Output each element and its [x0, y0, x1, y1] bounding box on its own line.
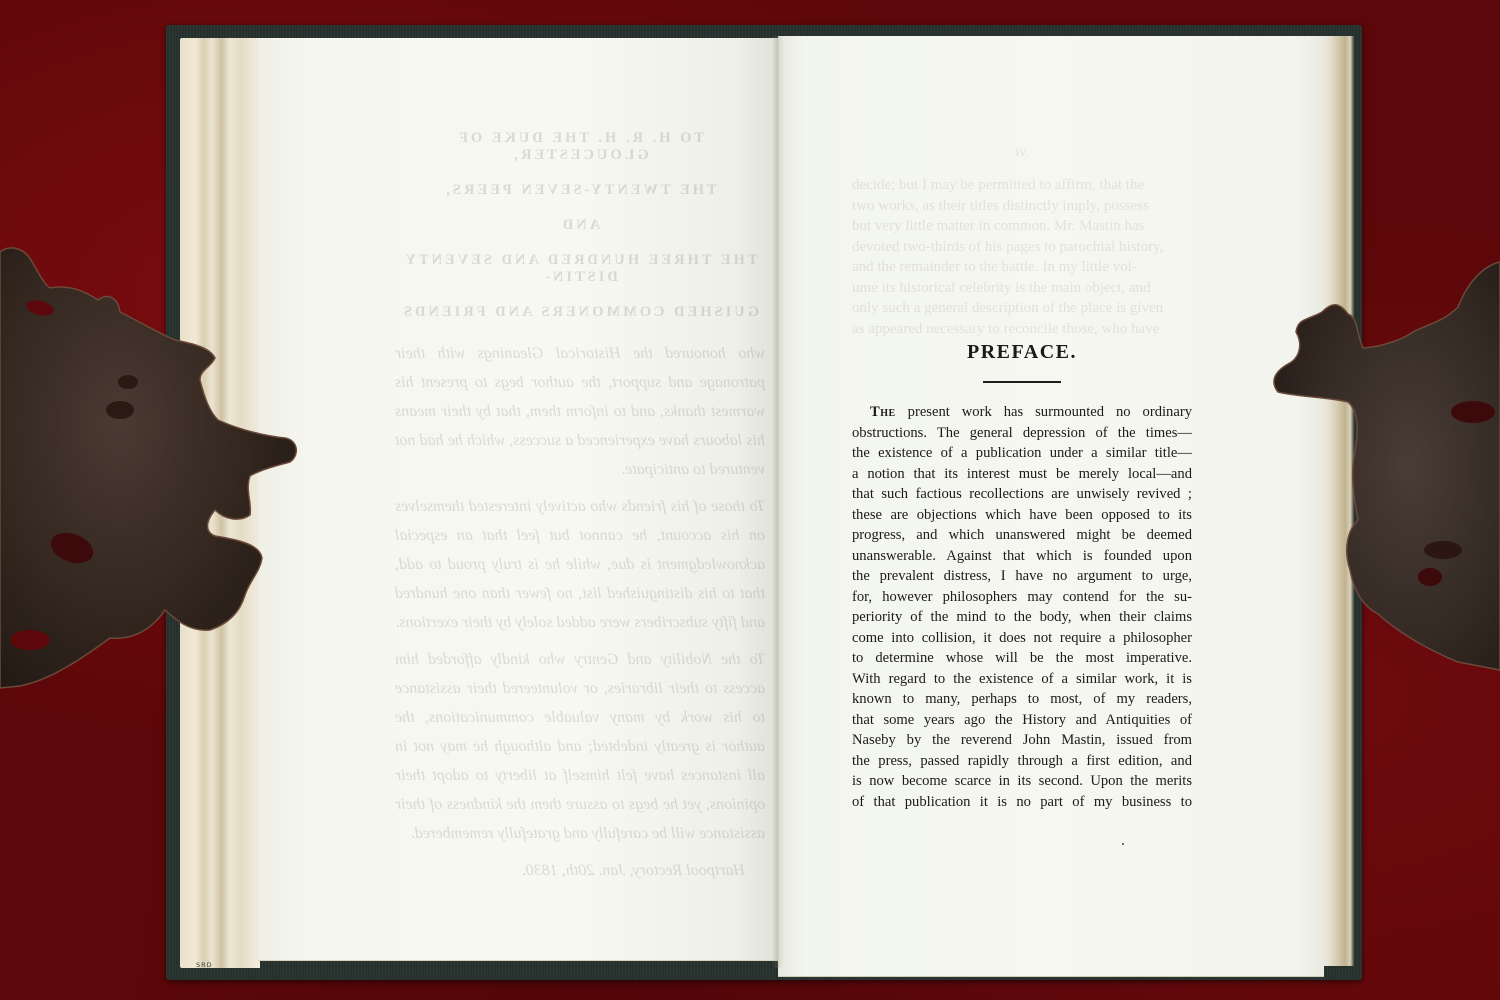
ink-speck: [1122, 843, 1124, 845]
dedication-heading-line: THE THREE HUNDRED AND SEVENTY DISTIN-: [395, 252, 765, 286]
overleaf-line: two works, as their titles distinctly im…: [852, 196, 1192, 217]
dedication-signature: Hartpool Rectory, Jan. 20th, 1830.: [395, 856, 765, 885]
preface-line: a notion that its interest must be merel…: [852, 464, 1192, 485]
dedication-paragraph: To those of his friends who actively int…: [395, 492, 765, 637]
dedication-heading-line: THE TWENTY-SEVEN PEERS,: [395, 182, 765, 199]
title-rule: [983, 381, 1061, 383]
preface-line: is now become scarce in its second. Upon…: [852, 771, 1192, 792]
overleaf-page-number: iv.: [852, 145, 1192, 161]
right-page-show-through: iv. decide; but I may be permitted to af…: [852, 145, 1192, 339]
right-page-clip-icon[interactable]: [1268, 252, 1500, 672]
preface-line: come into collision, it does not require…: [852, 628, 1192, 649]
imprint-mark: SRD: [196, 961, 213, 969]
dedication-heading-line: GUISHED COMMONERS AND FRIENDS: [395, 304, 765, 321]
preface-line: With regard to the existence of a simila…: [852, 669, 1192, 690]
preface-section: PREFACE. The present work has surmounted…: [852, 330, 1192, 812]
preface-title: PREFACE.: [852, 335, 1192, 369]
preface-line: that such factious recollections are unw…: [852, 484, 1192, 505]
dedication-heading-line: AND: [395, 217, 765, 234]
preface-line: of that publication it is no part of my …: [852, 792, 1192, 813]
preface-line: these are objections which have been opp…: [852, 505, 1192, 526]
overleaf-line: devoted two-thirds of his pages to paroc…: [852, 237, 1192, 258]
overleaf-line: ume its historical celebrity is the main…: [852, 278, 1192, 299]
preface-line: Naseby by the reverend John Mastin, issu…: [852, 730, 1192, 751]
overleaf-line: decide; but I may be permitted to affirm…: [852, 175, 1192, 196]
preface-line: that some years ago the History and Anti…: [852, 710, 1192, 731]
preface-line: to determine whose will be the most impe…: [852, 648, 1192, 669]
overleaf-line: and the remainder to the battle. In my l…: [852, 257, 1192, 278]
left-page-clip-icon[interactable]: [0, 240, 310, 690]
left-page-show-through: TO H. R. H. THE DUKE OF GLOUCESTER, THE …: [395, 130, 765, 893]
preface-line: the existence of a publication under a s…: [852, 443, 1192, 464]
preface-line: the press, passed rapidly through a firs…: [852, 751, 1192, 772]
preface-line: the prevalent distress, I have no argume…: [852, 566, 1192, 587]
preface-line: periority of the mind to the body, when …: [852, 607, 1192, 628]
preface-body: The present work has surmounted no ordin…: [852, 402, 1192, 812]
dedication-paragraph: To the Nobility and Gentry who kindly af…: [395, 645, 765, 848]
preface-line: The present work has surmounted no ordin…: [852, 402, 1192, 423]
book-gutter: [772, 36, 784, 968]
preface-line: known to many, perhaps to most, of my re…: [852, 689, 1192, 710]
lead-word: The: [870, 404, 896, 420]
preface-line: obstructions. The general depression of …: [852, 423, 1192, 444]
dedication-paragraph: who honoured the Historical Gleanings wi…: [395, 339, 765, 484]
preface-line: progress, and which unanswered might be …: [852, 525, 1192, 546]
preface-line: for, however philosophers may contend fo…: [852, 587, 1192, 608]
overleaf-line: only such a general description of the p…: [852, 298, 1192, 319]
dedication-heading-line: TO H. R. H. THE DUKE OF GLOUCESTER,: [395, 130, 765, 164]
overleaf-line: but very little matter in common. Mr. Ma…: [852, 216, 1192, 237]
preface-line: unanswerable. Against that which is foun…: [852, 546, 1192, 567]
